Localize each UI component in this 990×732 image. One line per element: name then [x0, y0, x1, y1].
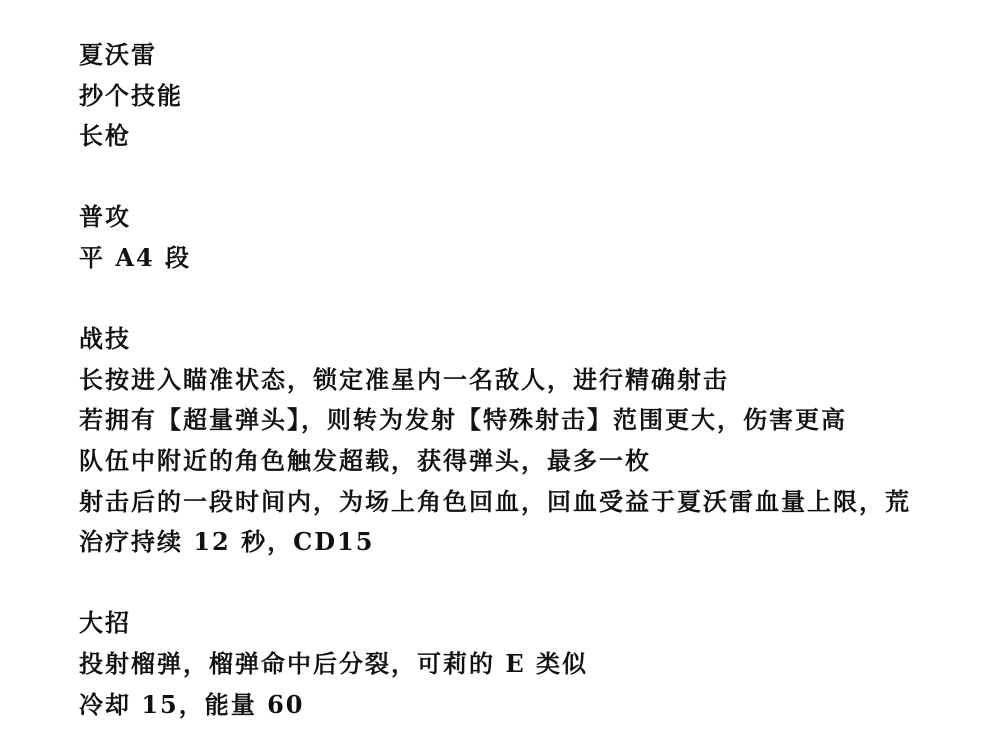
document-body: 夏沃雷 抄个技能 长枪 普攻 平 A4 段 战技 长按进入瞄准状态，锁定准星内一… — [79, 35, 979, 725]
skill-line: 射击后的一段时间内，为场上角色回血，回血受益于夏沃雷血量上限，荒 — [79, 482, 979, 523]
burst-line: 投射榴弹，榴弹命中后分裂，可莉的 E 类似 — [79, 644, 979, 685]
burst-line: 冷却 15，能量 60 — [79, 685, 979, 726]
weapon-type: 长枪 — [79, 116, 979, 157]
skill-line: 若拥有【超量弹头】，则转为发射【特殊射击】范围更大，伤害更高 — [79, 400, 979, 441]
section-title-normal-attack: 普攻 — [79, 197, 979, 238]
normal-attack-line: 平 A4 段 — [79, 238, 979, 279]
document-subtitle: 抄个技能 — [79, 76, 979, 117]
section-title-burst: 大招 — [79, 603, 979, 644]
blank-line — [79, 563, 979, 604]
blank-line — [79, 157, 979, 198]
section-title-skill: 战技 — [79, 319, 979, 360]
skill-line: 长按进入瞄准状态，锁定准星内一名敌人，进行精确射击 — [79, 360, 979, 401]
character-name: 夏沃雷 — [79, 35, 979, 76]
skill-line: 治疗持续 12 秒，CD15 — [79, 522, 979, 563]
skill-line: 队伍中附近的角色触发超载，获得弹头，最多一枚 — [79, 441, 979, 482]
blank-line — [79, 279, 979, 320]
